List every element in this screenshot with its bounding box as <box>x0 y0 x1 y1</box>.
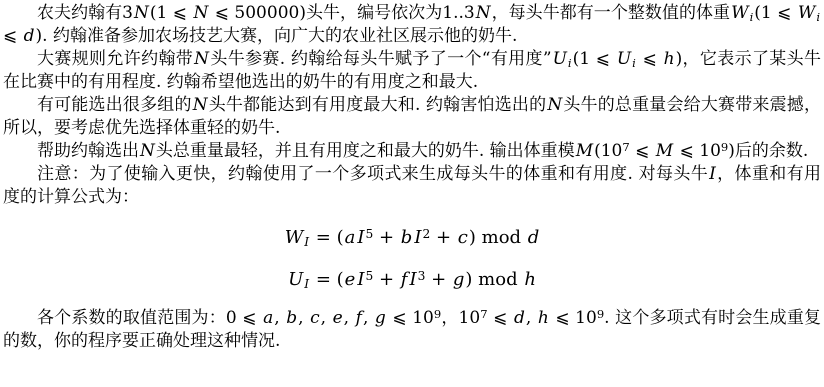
math-superscript: 9 <box>597 307 604 321</box>
math-subscript: i <box>632 56 637 70</box>
text-run: (1 ⩽ <box>573 49 616 69</box>
math-superscript: 5 <box>365 269 373 283</box>
math-var: g <box>452 269 466 290</box>
text-run: ⩽ 10 <box>674 141 721 161</box>
text-run: 帮助约翰选出 <box>37 141 139 161</box>
math-var: W <box>797 3 816 23</box>
text-run: ). 约翰准备参加农场技艺大赛，向广大的农业社区展示他的奶牛. <box>36 26 518 46</box>
math-var: U <box>616 49 632 69</box>
math-superscript: 7 <box>622 140 629 154</box>
formula-block: WI = (aI5 + bI2 + c) mod d UI = (eI5 + f… <box>3 225 821 293</box>
text-run: (1 ⩽ <box>150 3 193 23</box>
math-var: a <box>262 308 274 328</box>
text-run: , <box>526 308 537 328</box>
math-var: M <box>575 141 594 161</box>
text-run: ) mod <box>469 227 527 248</box>
math-var: N <box>192 3 209 23</box>
math-subscript: I <box>304 235 310 249</box>
math-var: b <box>400 227 414 248</box>
formula-weight: WI = (aI5 + bI2 + c) mod d <box>3 225 821 251</box>
text-run: ⩽ 10 <box>550 308 597 328</box>
math-superscript: 7 <box>480 307 487 321</box>
text-run: (1 ⩽ <box>754 3 797 23</box>
math-var: h <box>523 269 537 290</box>
text-run: , <box>321 308 332 328</box>
math-var: d <box>23 26 36 46</box>
para-contest-rules: 大赛规则允许约翰带N头牛参赛. 约翰给每头牛赋予了一个“有用度”Ui(1 ⩽ U… <box>3 48 821 94</box>
para-weight-preference: 有可能选出很多组的N头牛都能达到有用度最大和. 约翰害怕选出的N头牛的总重量会给… <box>3 94 821 140</box>
para-input-note: 注意：为了使输入更快，约翰使用了一个多项式来生成每头牛的体重和有用度. 对每头牛… <box>3 163 821 209</box>
text-run: = ( <box>310 269 344 290</box>
text-run: ⩽ 10 <box>387 308 434 328</box>
text-run: ⩽ 500000)头牛，编号依次为1..3 <box>209 3 474 23</box>
text-run: 头牛都能达到有用度最大和. 约翰害怕选出的 <box>209 95 547 115</box>
problem-statement: 农夫约翰有3N(1 ⩽ N ⩽ 500000)头牛，编号依次为1..3N，每头牛… <box>0 0 824 387</box>
para-coefficient-ranges: 各个系数的取值范围为：0 ⩽ a, b, c, e, f, g ⩽ 109，10… <box>3 307 821 353</box>
math-superscript: 9 <box>434 307 441 321</box>
math-var: e <box>332 308 344 328</box>
math-var: I <box>408 269 417 290</box>
text-run: , <box>363 308 374 328</box>
math-var: N <box>192 95 209 115</box>
math-superscript: 3 <box>418 269 426 283</box>
text-run: ，10 <box>441 308 480 328</box>
math-var: U <box>287 269 304 290</box>
text-run: 头牛参赛. 约翰给每头牛赋予了一个“有用度” <box>210 49 552 69</box>
math-var: N <box>546 95 563 115</box>
text-run: ⩽ <box>488 308 513 328</box>
math-var: c <box>457 227 469 248</box>
text-run: 农夫约翰有3 <box>37 3 133 23</box>
text-run: , <box>344 308 355 328</box>
text-run: )后的余数. <box>728 141 808 161</box>
text-run: 注意：为了使输入更快，约翰使用了一个多项式来生成每头牛的体重和有用度. 对每头牛 <box>37 164 708 184</box>
math-var: N <box>133 3 150 23</box>
math-var: g <box>374 308 387 328</box>
text-run: 各个系数的取值范围为：0 ⩽ <box>37 308 262 328</box>
math-var: W <box>284 227 305 248</box>
text-run: ) mod <box>465 269 523 290</box>
math-var: M <box>655 141 674 161</box>
math-var: d <box>513 308 526 328</box>
text-run: + <box>425 269 452 290</box>
math-superscript: 5 <box>365 227 373 241</box>
math-subscript: i <box>750 10 755 24</box>
math-subscript: i <box>568 56 573 70</box>
math-var: I <box>708 164 717 184</box>
text-run: + <box>430 227 457 248</box>
math-var: N <box>193 49 210 69</box>
text-run: 大赛规则允许约翰带 <box>37 49 193 69</box>
math-var: c <box>309 308 321 328</box>
text-run: 头总重量最轻，并且有用度之和最大的奶牛. 输出体重模 <box>156 141 575 161</box>
math-var: U <box>552 49 568 69</box>
para-herd-intro: 农夫约翰有3N(1 ⩽ N ⩽ 500000)头牛，编号依次为1..3N，每头牛… <box>3 2 821 48</box>
math-var: e <box>344 269 357 290</box>
text-run: ，每头牛都有一个整数值的体重 <box>492 3 731 23</box>
math-superscript: 2 <box>422 227 430 241</box>
text-run: + <box>373 269 400 290</box>
text-run: (10 <box>594 141 622 161</box>
para-task: 帮助约翰选出N头总重量最轻，并且有用度之和最大的奶牛. 输出体重模M(107 ⩽… <box>3 140 821 163</box>
math-subscript: I <box>304 277 310 291</box>
math-subscript: i <box>816 10 821 24</box>
math-var: f <box>355 308 363 328</box>
math-var: h <box>663 49 676 69</box>
text-run: ⩽ <box>630 141 655 161</box>
math-var: N <box>139 141 156 161</box>
math-superscript: 9 <box>721 140 728 154</box>
math-var: W <box>730 3 749 23</box>
text-run: + <box>373 227 400 248</box>
text-run: = ( <box>310 227 344 248</box>
text-run: , <box>298 308 309 328</box>
math-var: N <box>475 3 492 23</box>
formula-utility: UI = (eI5 + fI3 + g) mod h <box>3 267 821 293</box>
math-var: h <box>537 308 550 328</box>
text-run: ⩽ <box>3 26 23 46</box>
math-var: d <box>527 227 541 248</box>
text-run: ⩽ <box>637 49 663 69</box>
math-var: a <box>344 227 357 248</box>
text-run: , <box>274 308 285 328</box>
text-run: 有可能选出很多组的 <box>37 95 192 115</box>
math-var: b <box>285 308 298 328</box>
